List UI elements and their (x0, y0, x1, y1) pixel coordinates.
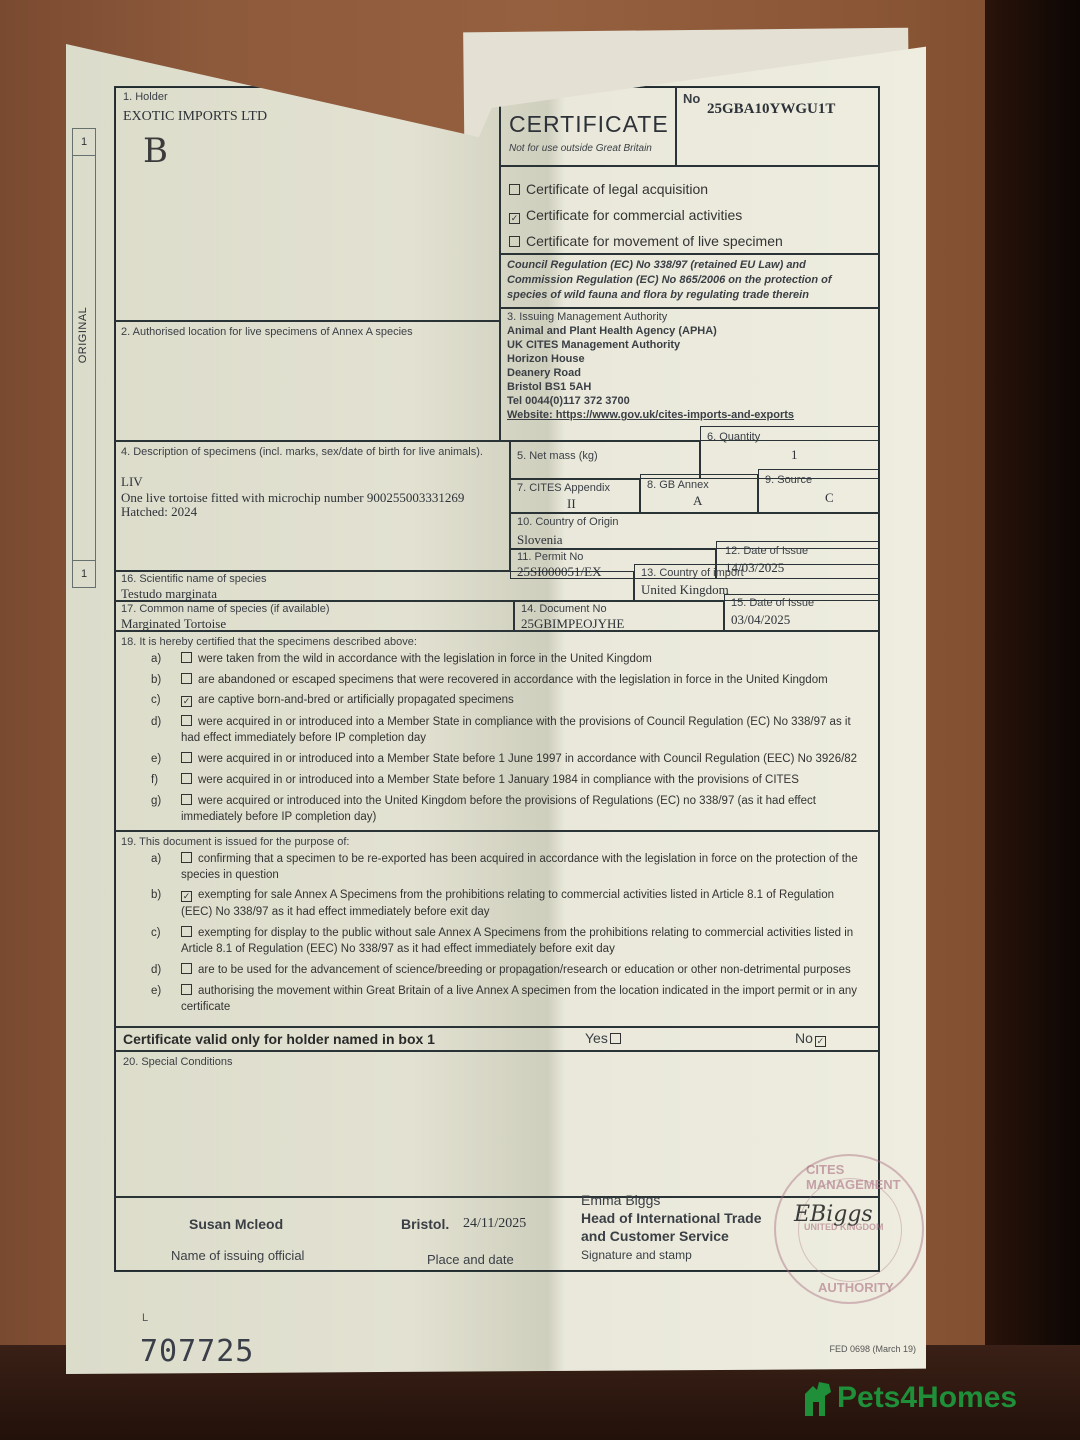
serial-number: 707725 (140, 1334, 254, 1369)
option-continuation: species in question (181, 869, 279, 881)
checkbox[interactable] (181, 984, 192, 995)
checkbox[interactable] (181, 773, 192, 784)
description-line: Hatched: 2024 (121, 504, 197, 520)
checkbox-checked[interactable]: ✓ (509, 213, 520, 224)
document-no-label: 14. Document No (521, 603, 607, 615)
purpose-label: 19. This document is issued for the purp… (121, 836, 349, 848)
holder-value: EXOTIC IMPORTS LTD (123, 109, 267, 125)
checkbox[interactable] (181, 652, 192, 663)
option-d[interactable]: d)are to be used for the advancement of … (151, 963, 851, 976)
signatory-name: Emma Biggs (581, 1192, 660, 1208)
signature-caption: Signature and stamp (581, 1248, 692, 1262)
place-date-caption: Place and date (427, 1252, 514, 1267)
regulation-line-3: species of wild fauna and flora by regul… (507, 289, 809, 301)
option-a[interactable]: a)were taken from the wild in accordance… (151, 652, 652, 665)
option-text: were taken from the wild in accordance w… (198, 653, 652, 665)
copy-number-bottom: 1 (73, 560, 95, 587)
option-letter: a) (151, 853, 181, 865)
authorised-location-label: 2. Authorised location for live specimen… (121, 326, 413, 338)
net-mass-label: 5. Net mass (kg) (517, 450, 598, 462)
option-text: exempting for sale Annex A Specimens fro… (198, 889, 834, 901)
option-text: were acquired in or introduced into a Me… (198, 753, 857, 765)
option-e[interactable]: e)were acquired in or introduced into a … (151, 752, 857, 765)
option-letter: a) (151, 653, 181, 665)
checkbox[interactable] (181, 673, 192, 684)
dark-background (985, 0, 1080, 1440)
date: 24/11/2025 (463, 1216, 526, 1232)
checkbox[interactable] (181, 752, 192, 763)
option-text: authorising the movement within Great Br… (198, 985, 857, 997)
common-name-label: 17. Common name of species (if available… (121, 603, 329, 615)
certificate-number: 25GBA10YWGU1T (707, 101, 835, 118)
original-label: ORIGINAL (77, 295, 89, 375)
gb-annex-value: A (693, 493, 702, 509)
option-continuation: certificate (181, 1001, 230, 1013)
option-continuation: immediately before IP completion day) (181, 811, 376, 823)
special-conditions-label: 20. Special Conditions (123, 1056, 232, 1068)
authority-line: Horizon House (507, 353, 585, 365)
box-17-common-name: 17. Common name of species (if available… (114, 601, 514, 631)
certificate-number-box: No 25GBA10YWGU1T (676, 86, 880, 166)
country-origin-label: 10. Country of Origin (517, 516, 619, 528)
checkbox[interactable] (181, 963, 192, 974)
form-code: FED 0698 (March 19) (829, 1344, 916, 1354)
validity-yes[interactable]: Yes (585, 1030, 627, 1046)
box-16-scientific-name: 16. Scientific name of species Testudo m… (114, 571, 634, 601)
signatory-title-2: and Customer Service (581, 1228, 729, 1244)
option-continuation: had effect immediately before IP complet… (181, 732, 426, 744)
option-text: are abandoned or escaped specimens that … (198, 674, 828, 686)
option-text: confirming that a specimen to be re-expo… (198, 853, 858, 865)
signatory-title-1: Head of International Trade (581, 1210, 761, 1226)
validity-no[interactable]: No✓ (795, 1030, 832, 1047)
signature-block: Susan Mcleod Name of issuing official Br… (114, 1197, 880, 1272)
box-14-document-no: 14. Document No 25GBIMPEOJYHE (514, 601, 724, 631)
cert-type-movement-live-specimen[interactable]: Certificate for movement of live specime… (509, 233, 783, 249)
date-of-issue-label: 12. Date of Issue (725, 545, 808, 557)
box-8-gb-annex: 8. GB Annex A (640, 474, 758, 513)
option-letter: d) (151, 716, 181, 728)
cites-appendix-label: 7. CITES Appendix (517, 482, 610, 494)
scientific-name-value: Testudo marginata (121, 586, 217, 602)
authority-website-link[interactable]: Website: https://www.gov.uk/cites-import… (507, 409, 794, 421)
source-value: C (825, 490, 834, 506)
regulation-line-1: Council Regulation (EC) No 338/97 (retai… (507, 259, 806, 271)
box-7-cites-appendix: 7. CITES Appendix II (510, 479, 640, 513)
quantity-label: 6. Quantity (707, 431, 760, 443)
handwritten-signature: EBiggs (794, 1202, 873, 1227)
certificate-number-label: No (683, 91, 700, 106)
source-label: 9. Source (765, 474, 812, 486)
regulation-box: Council Regulation (EC) No 338/97 (retai… (500, 254, 880, 308)
authority-line: Bristol BS1 5AH (507, 381, 591, 393)
country-origin-value: Slovenia (517, 532, 563, 548)
option-b[interactable]: b)are abandoned or escaped specimens tha… (151, 673, 828, 686)
certification-label: 18. It is hereby certified that the spec… (121, 636, 417, 648)
date-of-issue-2-value: 03/04/2025 (731, 612, 790, 628)
checkbox[interactable] (181, 715, 192, 726)
option-text: exempting for display to the public with… (198, 927, 853, 939)
holder-label: 1. Holder (123, 91, 168, 103)
cites-appendix-value: II (567, 496, 576, 512)
issuing-official-name: Susan Mcleod (189, 1216, 283, 1232)
option-letter: c) (151, 927, 181, 939)
validity-label: Certificate valid only for holder named … (123, 1031, 435, 1047)
copy-number-top: 1 (73, 129, 95, 156)
box-18-certification: 18. It is hereby certified that the spec… (114, 631, 880, 831)
option-a[interactable]: a)confirming that a specimen to be re-ex… (151, 852, 858, 865)
country-import-label: 13. Country of import (641, 567, 744, 579)
option-c[interactable]: c)exempting for display to the public wi… (151, 926, 853, 939)
pets4homes-watermark: Pets4Homes (803, 1380, 1017, 1416)
date-of-issue-2-label: 15. Date of Issue (731, 597, 814, 609)
option-text: are to be used for the advancement of sc… (198, 964, 851, 976)
certificate-types-box: Certificate of legal acquisition ✓Certif… (500, 166, 880, 254)
checkbox[interactable] (181, 852, 192, 863)
option-b[interactable]: b)✓exempting for sale Annex A Specimens … (151, 889, 834, 902)
country-import-value: United Kingdom (641, 582, 729, 598)
option-text: were acquired or introduced into the Uni… (198, 795, 816, 807)
authority-line: Animal and Plant Health Agency (APHA) (507, 325, 717, 337)
checkbox[interactable] (181, 794, 192, 805)
option-text: were acquired in or introduced into a Me… (198, 716, 851, 728)
option-text: were acquired in or introduced into a Me… (198, 774, 799, 786)
box-19-purpose: 19. This document is issued for the purp… (114, 831, 880, 1027)
description-line: LIV (121, 474, 143, 490)
side-strip: 1 ORIGINAL 1 (72, 128, 96, 588)
box-9-source: 9. Source C (758, 469, 880, 513)
option-e[interactable]: e)authorising the movement within Great … (151, 984, 857, 997)
option-letter: b) (151, 889, 181, 901)
checkbox[interactable] (509, 184, 520, 195)
stamp-text-bottom: AUTHORITY (818, 1280, 894, 1295)
option-c[interactable]: c)✓are captive born-and-bred or artifici… (151, 694, 514, 707)
option-f[interactable]: f)were acquired in or introduced into a … (151, 773, 799, 786)
yes-checkbox[interactable] (610, 1033, 621, 1044)
box-1-holder: 1. Holder EXOTIC IMPORTS LTD B (114, 86, 500, 321)
document-no-value: 25GBIMPEOJYHE (521, 616, 624, 632)
option-continuation: Article 8.1 of Regulation (EEC) No 338/9… (181, 943, 615, 955)
pets4homes-brand: Pets4Homes (837, 1381, 1017, 1415)
box-3-issuing-authority: 3. Issuing Management Authority Animal a… (500, 308, 880, 441)
permit-no-label: 11. Permit No (517, 551, 583, 563)
certificate-title: CERTIFICATE (509, 111, 669, 138)
option-letter: b) (151, 674, 181, 686)
option-letter: d) (151, 964, 181, 976)
box-4-description: 4. Description of specimens (incl. marks… (114, 441, 510, 571)
scientific-name-label: 16. Scientific name of species (121, 573, 267, 585)
stamp-text-top: CITES MANAGEMENT (806, 1162, 922, 1192)
option-letter: e) (151, 753, 181, 765)
option-d[interactable]: d)were acquired in or introduced into a … (151, 715, 851, 728)
cites-certificate: 1 ORIGINAL 1 1. Holder EXOTIC IMPORTS LT… (66, 44, 926, 1374)
quantity-value: 1 (791, 447, 798, 463)
option-letter: e) (151, 985, 181, 997)
checkbox-checked[interactable]: ✓ (181, 891, 192, 902)
no-checkbox-checked[interactable]: ✓ (815, 1036, 826, 1047)
handwritten-mark: B (143, 131, 168, 171)
validity-row: Certificate valid only for holder named … (114, 1027, 880, 1051)
option-letter: f) (151, 774, 181, 786)
cites-authority-stamp: CITES MANAGEMENT UNITED KINGDOM AUTHORIT… (774, 1154, 924, 1304)
certificate-form: 1. Holder EXOTIC IMPORTS LTD B 2. Author… (114, 86, 880, 1272)
option-letter: g) (151, 795, 181, 807)
certificate-subtitle: Not for use outside Great Britain (509, 143, 652, 154)
regulation-line-2: Commission Regulation (EC) No 865/2006 o… (507, 274, 832, 286)
issuing-authority-label: 3. Issuing Management Authority (507, 311, 667, 323)
description-label: 4. Description of specimens (incl. marks… (121, 446, 483, 458)
box-15-date-of-issue: 15. Date of Issue 03/04/2025 (724, 594, 880, 631)
option-g[interactable]: g)were acquired or introduced into the U… (151, 794, 816, 807)
gb-annex-label: 8. GB Annex (647, 479, 709, 491)
authority-line: UK CITES Management Authority (507, 339, 680, 351)
authority-phone: Tel 0044(0)117 372 3700 (507, 395, 630, 407)
box-20-special-conditions: 20. Special Conditions (114, 1051, 880, 1197)
checkbox-checked[interactable]: ✓ (181, 696, 192, 707)
serial-mark: L (142, 1312, 148, 1324)
place: Bristol. (401, 1216, 449, 1232)
option-letter: c) (151, 694, 181, 706)
option-continuation: (EEC) No 338/97 as it had effect immedia… (181, 906, 490, 918)
common-name-value: Marginated Tortoise (121, 616, 226, 632)
cert-type-legal-acquisition[interactable]: Certificate of legal acquisition (509, 181, 708, 197)
checkbox[interactable] (509, 236, 520, 247)
authority-line: Deanery Road (507, 367, 581, 379)
issuing-official-caption: Name of issuing official (171, 1248, 304, 1263)
pets4homes-logo-icon (803, 1380, 833, 1416)
option-text: are captive born-and-bred or artificiall… (198, 694, 514, 706)
box-2-authorised-location: 2. Authorised location for live specimen… (114, 321, 500, 441)
checkbox[interactable] (181, 926, 192, 937)
cert-type-commercial-activities[interactable]: ✓Certificate for commercial activities (509, 207, 742, 224)
